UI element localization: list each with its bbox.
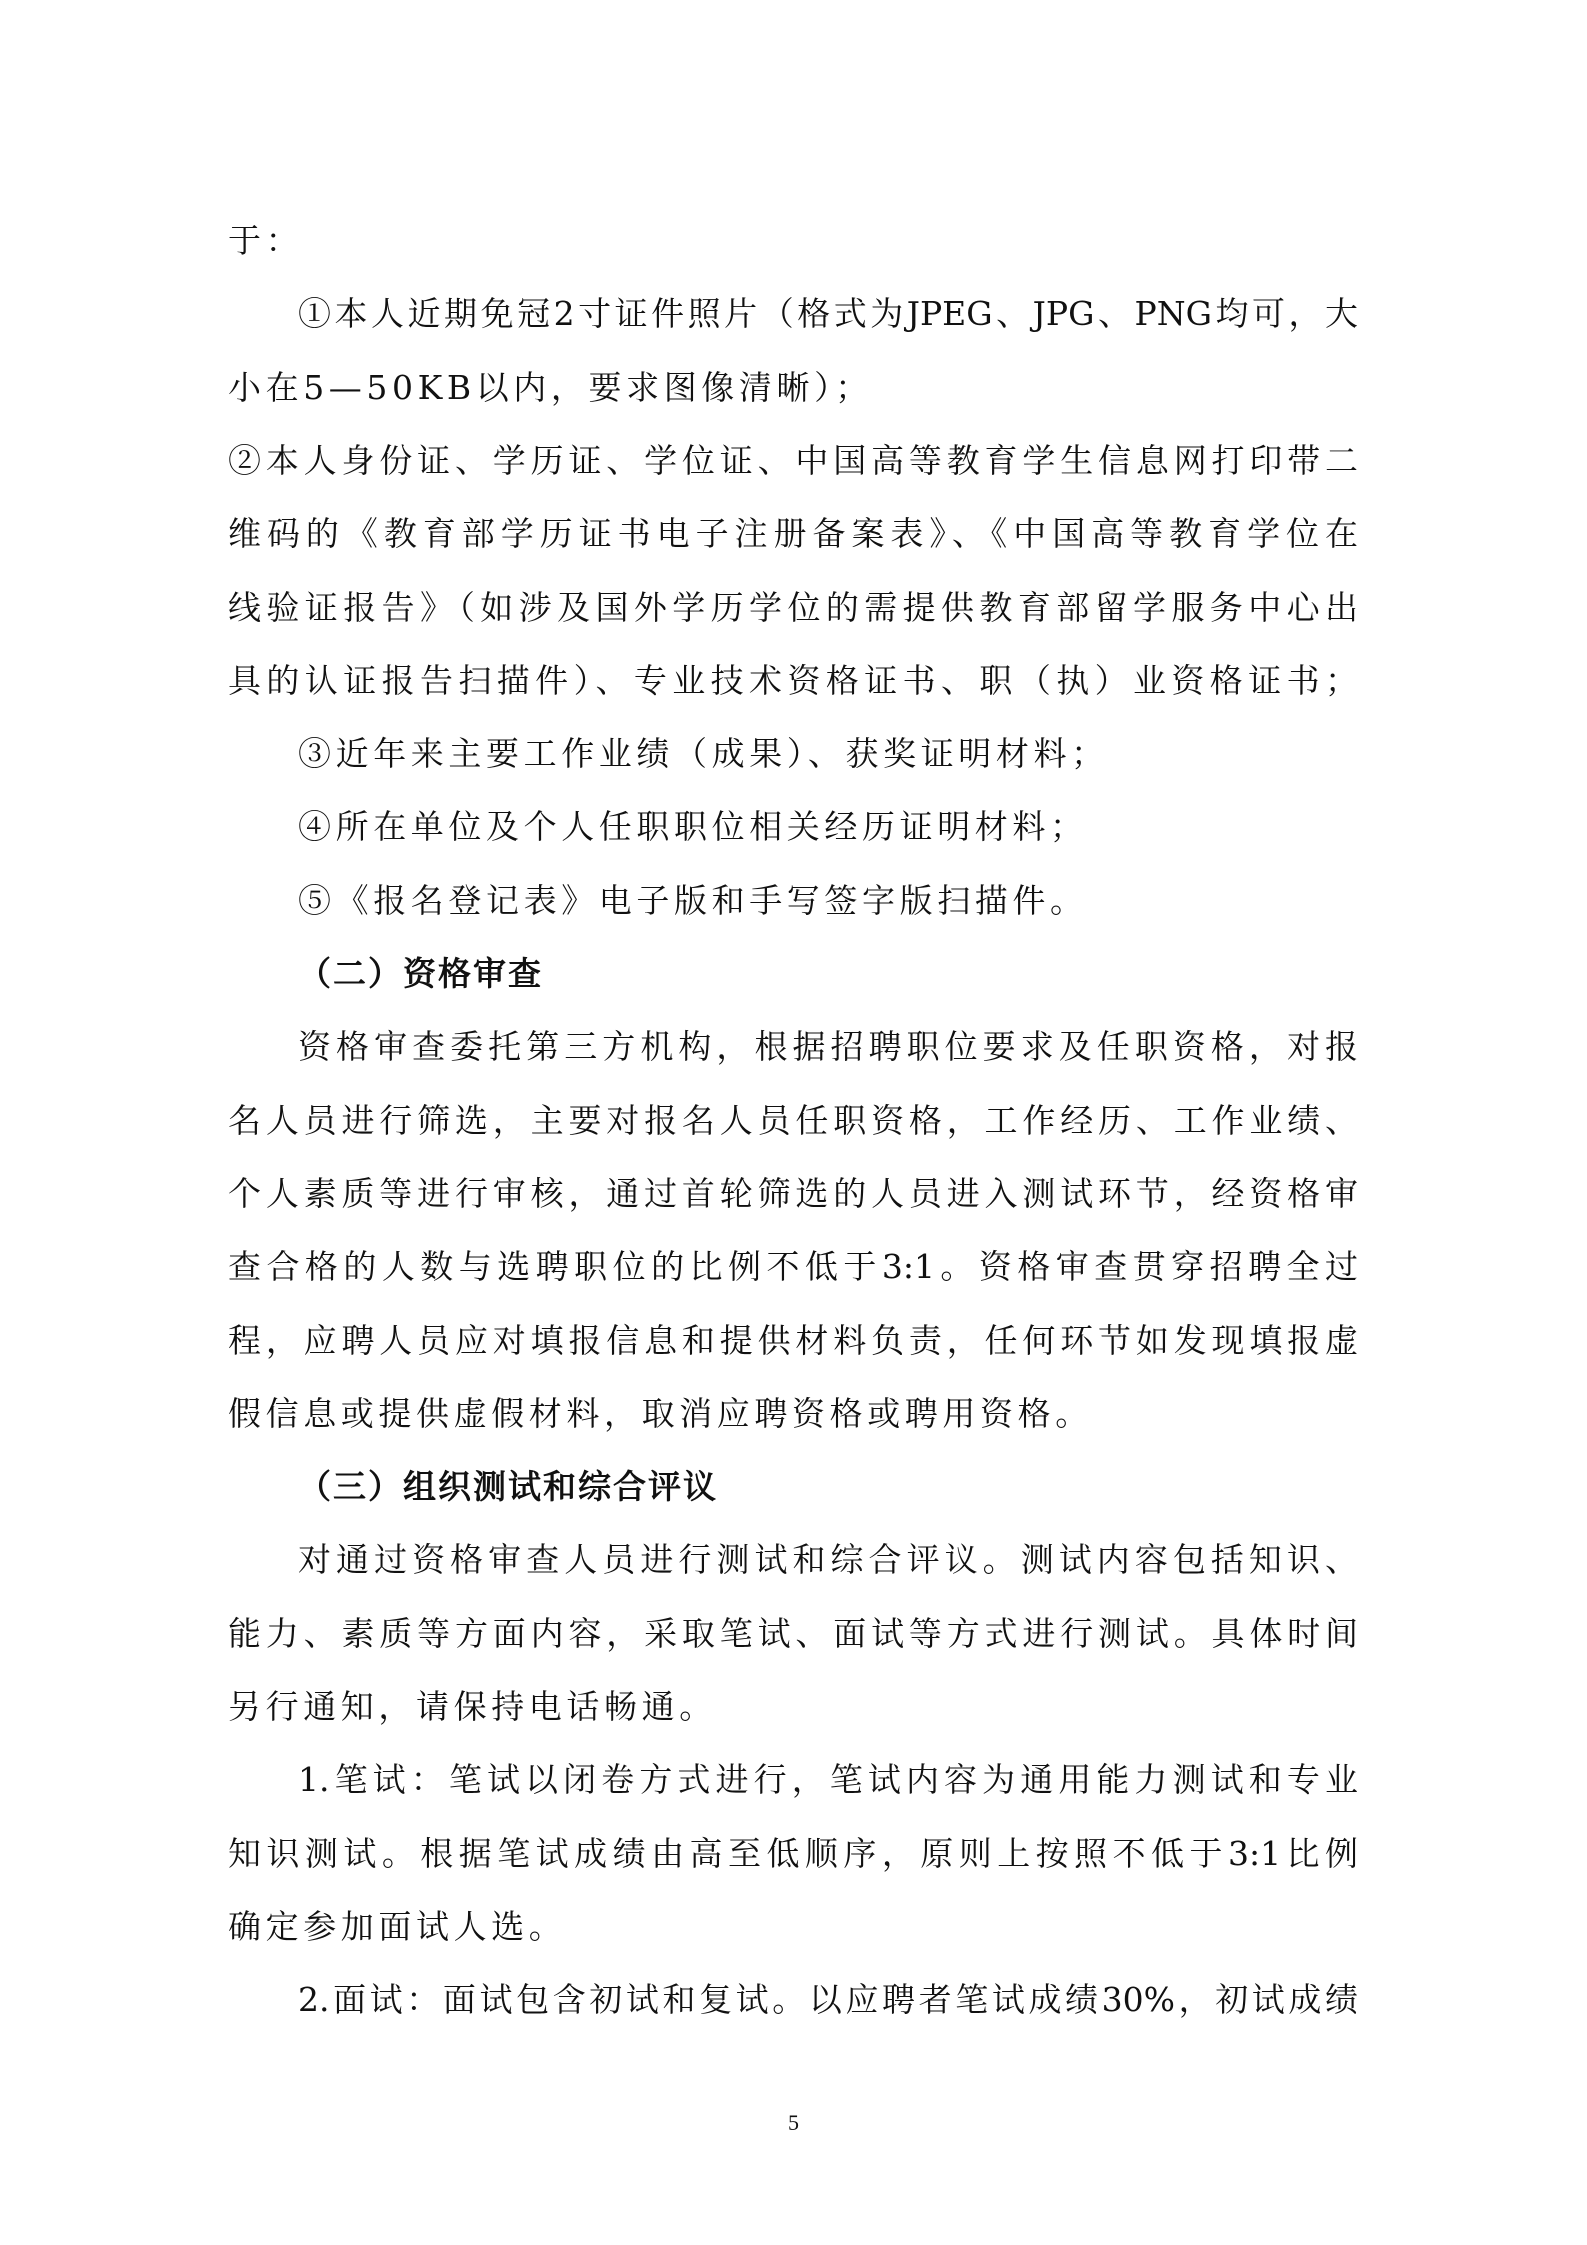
text-line: 对通过资格审查人员进行测试和综合评议。测试内容包括知识、: [298, 1534, 1358, 1586]
text-line: 查合格的人数与选聘职位的比例不低于3:1。资格审查贯穿招聘全过: [228, 1241, 1358, 1293]
page-number: 5: [0, 2110, 1587, 2136]
section-heading: （二）资格审查: [298, 948, 1358, 1000]
text-line: ①本人近期免冠2寸证件照片（格式为JPEG、JPG、PNG均可，大: [298, 288, 1358, 340]
text-line: 程，应聘人员应对填报信息和提供材料负责，任何环节如发现填报虚: [228, 1315, 1358, 1367]
text-line: ④所在单位及个人任职职位相关经历证明材料；: [298, 801, 1358, 853]
text-line: 个人素质等进行审核，通过首轮筛选的人员进入测试环节，经资格审: [228, 1168, 1358, 1220]
text-line: 另行通知，请保持电话畅通。: [228, 1681, 1358, 1733]
text-line: 2.面试：面试包含初试和复试。以应聘者笔试成绩30%，初试成绩: [298, 1974, 1358, 2026]
text-line: 于：: [228, 215, 1358, 267]
text-line: 小在5—50KB以内，要求图像清晰）；: [228, 362, 1358, 414]
section-heading: （三）组织测试和综合评议: [298, 1461, 1358, 1513]
text-line: 维码的《教育部学历证书电子注册备案表》、《中国高等教育学位在: [228, 508, 1358, 560]
text-line: ⑤《报名登记表》电子版和手写签字版扫描件。: [298, 875, 1358, 927]
text-line: 知识测试。根据笔试成绩由高至低顺序，原则上按照不低于3:1比例: [228, 1828, 1358, 1880]
text-line: ②本人身份证、学历证、学位证、中国高等教育学生信息网打印带二: [228, 435, 1358, 487]
text-line: 资格审查委托第三方机构，根据招聘职位要求及任职资格，对报: [298, 1021, 1358, 1073]
text-line: 假信息或提供虚假材料，取消应聘资格或聘用资格。: [228, 1388, 1358, 1440]
text-line: 确定参加面试人选。: [228, 1901, 1358, 1953]
text-line: ③近年来主要工作业绩（成果）、获奖证明材料；: [298, 728, 1358, 780]
text-line: 线验证报告》（如涉及国外学历学位的需提供教育部留学服务中心出: [228, 582, 1358, 634]
text-line: 具的认证报告扫描件）、专业技术资格证书、职（执）业资格证书；: [228, 655, 1358, 707]
text-line: 1.笔试：笔试以闭卷方式进行，笔试内容为通用能力测试和专业: [298, 1754, 1358, 1806]
text-line: 名人员进行筛选，主要对报名人员任职资格，工作经历、工作业绩、: [228, 1095, 1358, 1147]
text-line: 能力、素质等方面内容，采取笔试、面试等方式进行测试。具体时间: [228, 1608, 1358, 1660]
document-page: 于： ①本人近期免冠2寸证件照片（格式为JPEG、JPG、PNG均可，大 小在5…: [0, 0, 1587, 2245]
